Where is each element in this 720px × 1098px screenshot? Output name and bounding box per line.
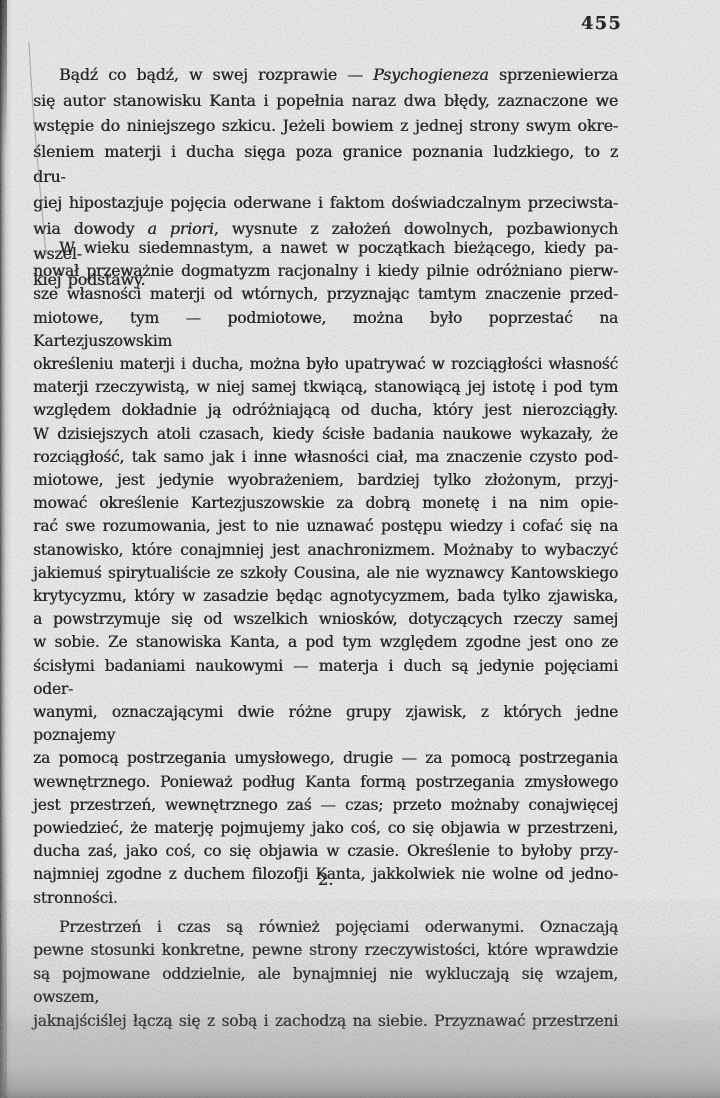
text-segment: nował przeważnie dogmatyzm racjonalny i …: [33, 262, 618, 280]
text-line: ścisłymi badaniami naukowymi — materja i…: [33, 655, 618, 701]
text-segment: rać swe rozumowania, jest to nie uznawać…: [33, 517, 618, 535]
text-line: ducha zaś, jako coś, co się objawia w cz…: [33, 840, 618, 863]
text-line: wanymi, oznaczającymi dwie różne grupy z…: [33, 701, 618, 747]
text-segment: pewne stosunki konkretne, pewne strony r…: [33, 941, 618, 959]
text-line: stronności.: [33, 887, 618, 910]
text-line: nował przeważnie dogmatyzm racjonalny i …: [33, 260, 618, 283]
text-block: 2. Bądź co bądź, w swej rozprawie — Psyc…: [33, 0, 618, 1098]
text-segment: jaknajściślej łączą się z sobą i zachodz…: [33, 1012, 618, 1030]
text-segment: a powstrzymuje się od wszelkich wniosków…: [33, 610, 618, 628]
italic-text-segment: Psychogieneza: [373, 65, 489, 84]
text-line: najmniej zgodne z duchem filozofji Kanta…: [33, 863, 618, 886]
text-line: powiedzieć, że materję pojmujemy jako co…: [33, 817, 618, 840]
text-segment: określeniu materji i ducha, można było u…: [33, 355, 618, 373]
text-line: w sobie. Ze stanowiska Kanta, a pod tym …: [33, 631, 618, 654]
text-segment: miotowe, jest jedynie wyobrażeniem, bard…: [33, 471, 618, 489]
italic-text-segment: a priori: [147, 219, 213, 238]
text-segment: w sobie. Ze stanowiska Kanta, a pod tym …: [33, 633, 618, 651]
text-segment: miotowe, tym — podmiotowe, można było po…: [33, 309, 618, 350]
text-line: pewne stosunki konkretne, pewne strony r…: [33, 939, 618, 962]
text-segment: giej hipostazjuje pojęcia oderwane i fak…: [33, 193, 618, 212]
text-segment: są pojmowane oddzielnie, ale bynajmniej …: [33, 965, 618, 1006]
text-segment: rozciągłość, tak samo jak i inne własnoś…: [33, 448, 618, 466]
text-segment: jest przestrzeń, wewnętrznego zaś — czas…: [33, 796, 618, 814]
text-line: stanowisko, które conajmniej jest anachr…: [33, 539, 618, 562]
text-line: materji rzeczywistą, w niej samej tkwiąc…: [33, 376, 618, 399]
text-segment: wstępie do niniejszego szkicu. Jeżeli bo…: [33, 116, 618, 135]
text-segment: wia dowody: [33, 219, 147, 238]
text-line: giej hipostazjuje pojęcia oderwane i fak…: [33, 190, 618, 216]
text-line: miotowe, tym — podmiotowe, można było po…: [33, 307, 618, 353]
text-segment: sze własności materji od wtórnych, przyz…: [33, 285, 618, 303]
text-line: jest przestrzeń, wewnętrznego zaś — czas…: [33, 794, 618, 817]
text-line: są pojmowane oddzielnie, ale bynajmniej …: [33, 963, 618, 1010]
text-line: się autor stanowisku Kanta i popełnia na…: [33, 88, 618, 114]
text-line: krytycyzmu, który w zasadzie będąc agnot…: [33, 585, 618, 608]
text-segment: najmniej zgodne z duchem filozofji Kanta…: [33, 865, 618, 883]
text-line: rozciągłość, tak samo jak i inne własnoś…: [33, 446, 618, 469]
text-line: jaknajściślej łączą się z sobą i zachodz…: [33, 1010, 618, 1033]
text-line: miotowe, jest jedynie wyobrażeniem, bard…: [33, 469, 618, 492]
text-segment: jakiemuś spirytualiście ze szkoły Cousin…: [33, 564, 618, 582]
text-line: wewnętrznego. Ponieważ podług Kanta form…: [33, 771, 618, 794]
text-segment: ducha zaś, jako coś, co się objawia w cz…: [33, 842, 618, 860]
text-line: Bądź co bądź, w swej rozprawie — Psychog…: [33, 62, 618, 88]
space-time-paragraph: Przestrzeń i czas są również pojęciami o…: [33, 916, 618, 1033]
text-line: W wieku siedemnastym, a nawet w początka…: [33, 237, 618, 260]
text-line: określeniu materji i ducha, można było u…: [33, 353, 618, 376]
text-segment: mować określenie Kartezjuszowskie za dob…: [33, 494, 618, 512]
text-segment: sprzeniewierza: [489, 65, 618, 84]
text-segment: W dzisiejszych atoli czasach, kiedy ścis…: [33, 425, 618, 443]
text-segment: wanymi, oznaczającymi dwie różne grupy z…: [33, 703, 618, 744]
text-segment: Przestrzeń i czas są również pojęciami o…: [59, 918, 618, 936]
text-segment: krytycyzmu, który w zasadzie będąc agnot…: [33, 587, 618, 605]
kant-materia-paragraph: W wieku siedemnastym, a nawet w początka…: [33, 237, 618, 910]
text-segment: Bądź co bądź, w swej rozprawie —: [59, 65, 373, 84]
text-line: wstępie do niniejszego szkicu. Jeżeli bo…: [33, 113, 618, 139]
text-segment: powiedzieć, że materję pojmujemy jako co…: [33, 819, 618, 837]
text-line: względem dokładnie ją odróżniającą od du…: [33, 399, 618, 422]
text-line: mować określenie Kartezjuszowskie za dob…: [33, 492, 618, 515]
text-line: jakiemuś spirytualiście ze szkoły Cousin…: [33, 562, 618, 585]
text-segment: śleniem materji i ducha sięga poza grani…: [33, 142, 618, 187]
text-segment: się autor stanowisku Kanta i popełnia na…: [33, 91, 618, 110]
text-line: rać swe rozumowania, jest to nie uznawać…: [33, 515, 618, 538]
text-line: śleniem materji i ducha sięga poza grani…: [33, 139, 618, 190]
text-segment: wewnętrznego. Ponieważ podług Kanta form…: [33, 773, 618, 791]
text-segment: za pomocą postrzegania umysłowego, drugi…: [33, 749, 618, 767]
text-line: W dzisiejszych atoli czasach, kiedy ścis…: [33, 423, 618, 446]
scanned-book-page: 455 2. Bądź co bądź, w swej rozprawie — …: [0, 0, 720, 1098]
text-segment: ścisłymi badaniami naukowymi — materja i…: [33, 657, 618, 698]
text-segment: W wieku siedemnastym, a nawet w początka…: [59, 239, 618, 257]
text-line: Przestrzeń i czas są również pojęciami o…: [33, 916, 618, 939]
text-segment: materji rzeczywistą, w niej samej tkwiąc…: [33, 378, 618, 396]
text-segment: względem dokładnie ją odróżniającą od du…: [33, 401, 618, 419]
text-line: sze własności materji od wtórnych, przyz…: [33, 283, 618, 306]
text-segment: stanowisko, które conajmniej jest anachr…: [33, 541, 618, 559]
text-line: za pomocą postrzegania umysłowego, drugi…: [33, 747, 618, 770]
text-line: a powstrzymuje się od wszelkich wniosków…: [33, 608, 618, 631]
scan-binding-edge: [0, 0, 12, 1098]
text-segment: stronności.: [33, 889, 117, 907]
